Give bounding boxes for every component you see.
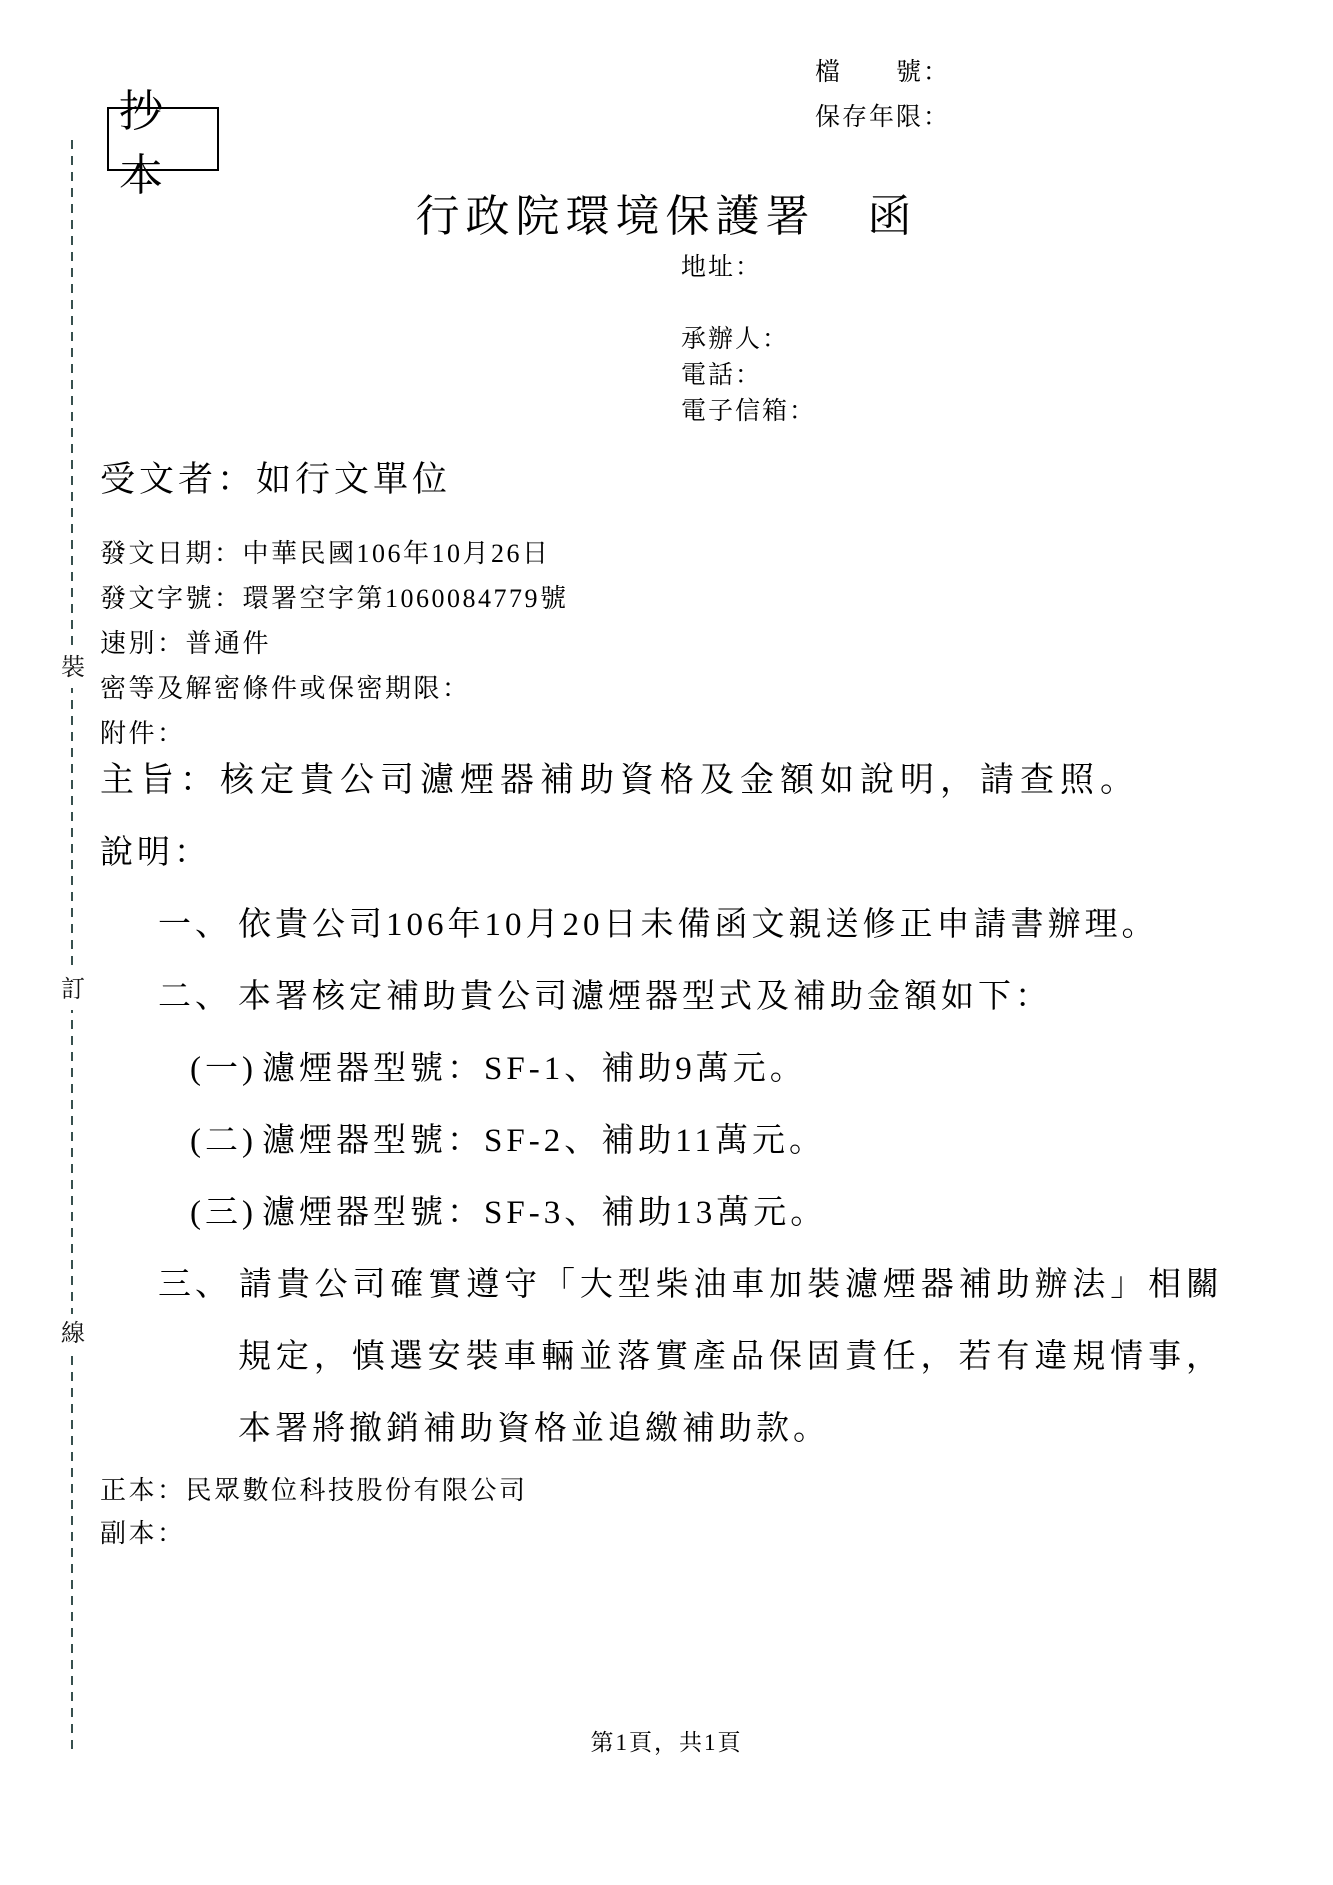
copy-stamp-box: 抄本 (107, 107, 219, 171)
agency-name: 行政院環境保護署 (416, 192, 816, 241)
copies-block: 正本：民眾數位科技股份有限公司 副本： (100, 1469, 528, 1555)
list-item: 三、請貴公司確實遵守「大型柴油車加裝濾煙器補助辦法」相關規定，慎選安裝車輛並落實… (158, 1249, 1223, 1465)
list-item: 一、依貴公司106年10月20日未備函文親送修正申請書辦理。 (158, 889, 1223, 961)
binding-mark-ding: 訂 (58, 970, 88, 1010)
binding-mark-zhuang: 裝 (58, 648, 88, 688)
item-marker: 二、 (158, 961, 238, 1033)
binding-dashed-line (71, 140, 73, 1755)
item-marker: 一、 (158, 889, 238, 961)
contact-person-label: 承辦人： (681, 322, 816, 358)
item-text: 本署核定補助貴公司濾煙器型式及補助金額如下： (238, 979, 1052, 1015)
retention-period-label: 保存年限： (815, 95, 950, 140)
file-number-label: 檔 號： (815, 50, 950, 95)
subject-line: 主旨：核定貴公司濾煙器補助資格及金額如說明，請查照。 (100, 745, 1223, 817)
document-page: 裝 訂 線 抄本 檔 號： 保存年限： 行政院環境保護署函 地址： 承辦人： 電… (0, 0, 1333, 1885)
document-title: 行政院環境保護署函 (0, 180, 1333, 244)
list-item: (三)濾煙器型號：SF-3、補助13萬元。 (190, 1177, 1223, 1249)
meta-block: 發文日期：中華民國106年10月26日 發文字號：環署空字第1060084779… (100, 531, 569, 756)
address-label: 地址： (681, 250, 816, 286)
contact-block: 地址： 承辦人： 電話： 電子信箱： (681, 250, 816, 430)
item-marker: (一) (190, 1033, 262, 1105)
item-text: 依貴公司106年10月20日未備函文親送修正申請書辦理。 (238, 907, 1159, 943)
list-item: (二)濾煙器型號：SF-2、補助11萬元。 (190, 1105, 1223, 1177)
original-copy-line: 正本：民眾數位科技股份有限公司 (100, 1469, 528, 1512)
item-marker: (三) (190, 1177, 262, 1249)
item-text: 濾煙器型號：SF-1、補助9萬元。 (262, 1051, 807, 1087)
issue-date-line: 發文日期：中華民國106年10月26日 (100, 531, 569, 576)
security-line: 密等及解密條件或保密期限： (100, 666, 569, 711)
item-text: 請貴公司確實遵守「大型柴油車加裝濾煙器補助辦法」相關規定，慎選安裝車輛並落實產品… (238, 1267, 1223, 1447)
doc-type: 函 (868, 192, 918, 241)
cc-line: 副本： (100, 1512, 528, 1555)
page-footer: 第1頁，共1頁 (0, 1724, 1333, 1757)
email-label: 電子信箱： (681, 394, 816, 430)
recipient-line: 受文者：如行文單位 (100, 452, 451, 502)
letter-body: 主旨：核定貴公司濾煙器補助資格及金額如說明，請查照。 說明： 一、依貴公司106… (100, 745, 1223, 1465)
contact-spacer (681, 286, 816, 322)
file-number-block: 檔 號： 保存年限： (815, 50, 950, 140)
item-text: 濾煙器型號：SF-3、補助13萬元。 (262, 1195, 827, 1231)
binding-mark-xian: 線 (58, 1314, 88, 1354)
phone-label: 電話： (681, 358, 816, 394)
doc-number-line: 發文字號：環署空字第1060084779號 (100, 576, 569, 621)
item-text: 濾煙器型號：SF-2、補助11萬元。 (262, 1123, 826, 1159)
list-item: 二、本署核定補助貴公司濾煙器型式及補助金額如下： (158, 961, 1223, 1033)
item-marker: 三、 (158, 1249, 238, 1321)
explanation-label: 說明： (100, 817, 1223, 889)
item-marker: (二) (190, 1105, 262, 1177)
list-item: (一)濾煙器型號：SF-1、補助9萬元。 (190, 1033, 1223, 1105)
priority-line: 速別：普通件 (100, 621, 569, 666)
